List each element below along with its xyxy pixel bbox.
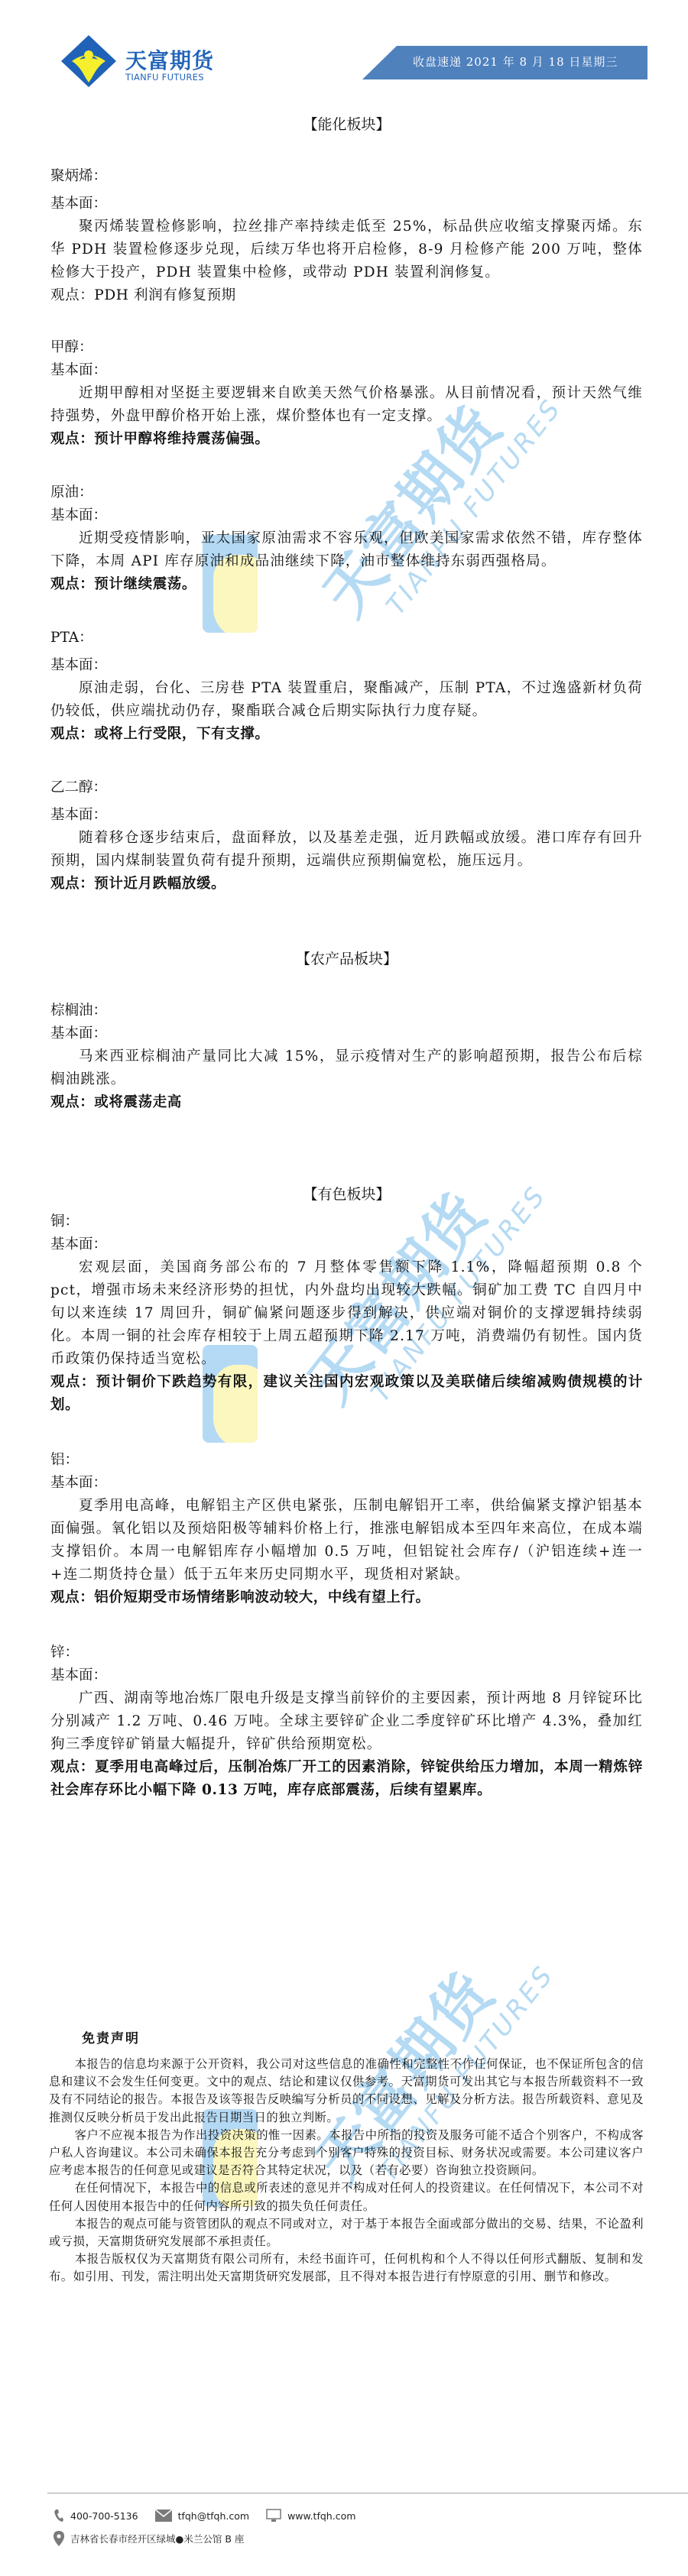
email-address[interactable]: tfqh@tfqh.com [178,2510,250,2522]
footer-email: tfqh@tfqh.com [155,2510,250,2522]
fundamental-text: 原油走弱，台化、三房巷 PTA 装置重启，聚酯减产，压制 PTA，不过逸盛新材负… [50,677,643,723]
disclaimer-paragraph: 本报告版权仅为天富期货有限公司所有，未经书面许可，任何机构和个人不得以任何形式翻… [49,2250,644,2286]
view-text: 观点：PDH 利润有修复预期 [50,284,643,307]
section-title-energy-chemical: 【能化板块】 [50,115,643,134]
website-url[interactable]: www.tfqh.com [287,2510,355,2522]
monitor-icon [266,2509,281,2523]
location-pin-icon [54,2531,64,2546]
item-name: 铝： [50,1449,643,1472]
view-text: 观点：预计继续震荡。 [50,573,643,596]
view-text: 观点：或将上行受限，下有支撑。 [50,723,643,746]
logo-english-name: TIANFU FUTURES [125,72,204,83]
fundamental-label: 基本面： [50,1472,643,1495]
view-text: 观点：预计铜价下跌趋势有限，建议关注国内宏观政策以及美联储后续缩减购债规模的计划… [50,1371,643,1417]
tianfu-diamond-logo-icon [60,34,118,89]
report-content: 【能化板块】 聚炳烯： 基本面： 聚丙烯装置检修影响，拉丝排产率持续走低至 25… [50,115,643,1802]
fundamental-label: 基本面： [50,1022,643,1045]
item-name: 乙二醇： [50,776,643,799]
section-title-nonferrous: 【有色板块】 [50,1184,643,1204]
item-ethylene-glycol: 乙二醇： 基本面： 随着移仓逐步结束后，盘面释放，以及基差走强，近月跌幅或放缓。… [50,776,643,896]
disclaimer-title: 免责声明 [82,2027,140,2046]
item-aluminum: 铝： 基本面： 夏季用电高峰，电解铝主产区供电紧张，压制电解铝开工率，供给偏紧支… [50,1449,643,1609]
footer-phone: 400-700-5136 [54,2509,138,2523]
fundamental-label: 基本面： [50,654,643,677]
fundamental-text: 近期受疫情影响，亚太国家原油需求不容乐观，但欧美国家需求依然不错，库存整体下降，… [50,527,643,573]
disclaimer-paragraph: 本报告的观点可能与资管团队的观点不同或对立，对于基于本报告全面或部分做出的交易、… [49,2215,644,2250]
company-logo: 天富期货 TIANFU FUTURES [60,34,228,89]
item-name: 铜： [50,1210,643,1233]
fundamental-text: 广西、湖南等地冶炼厂限电升级是支撑当前锌价的主要因素，预计两地 8 月锌锭环比分… [50,1687,643,1756]
item-methanol: 甲醇： 基本面： 近期甲醇相对坚挺主要逻辑来自欧美天然气价格暴涨。从目前情况看，… [50,336,643,451]
disclaimer-body: 本报告的信息均来源于公开资料，我公司对这些信息的准确性和完整性不作任何保证，也不… [49,2056,644,2286]
item-palm-oil: 棕榈油： 基本面： 马来西亚棕榈油产量同比大减 15%，显示疫情对生产的影响超预… [50,1000,643,1114]
fundamental-text: 聚丙烯装置检修影响，拉丝排产率持续走低至 25%，标品供应收缩支撑聚丙烯。东华 … [50,215,643,284]
item-polypropylene: 聚炳烯： 基本面： 聚丙烯装置检修影响，拉丝排产率持续走低至 25%，标品供应收… [50,165,643,307]
banner-date-text: 收盘速递 2021 年 8 月 18 日星期三 [413,53,618,70]
disclaimer-paragraph: 本报告的信息均来源于公开资料，我公司对这些信息的准确性和完整性不作任何保证，也不… [49,2056,644,2127]
fundamental-label: 基本面： [50,1664,643,1687]
envelope-icon [155,2510,172,2522]
fundamental-text: 宏观层面，美国商务部公布的 7 月整体零售额下降 1.1%，降幅超预期 0.8 … [50,1256,643,1371]
footer-website: www.tfqh.com [266,2509,355,2523]
disclaimer-paragraph: 客户不应视本报告为作出投资决策的惟一因素。本报告中所指的投资及服务可能不适合个别… [49,2127,644,2180]
fundamental-text: 随着移仓逐步结束后，盘面释放，以及基差走强，近月跌幅或放缓。港口库存有回升预期，… [50,827,643,873]
item-name: PTA： [50,627,643,650]
item-name: 甲醇： [50,336,643,359]
phone-icon [54,2509,64,2523]
phone-number: 400-700-5136 [70,2510,138,2522]
disclaimer-paragraph: 在任何情况下，本报告中的信息或所表述的意见并不构成对任何人的投资建议。在任何情况… [49,2179,644,2215]
item-crude-oil: 原油： 基本面： 近期受疫情影响，亚太国家原油需求不容乐观，但欧美国家需求依然不… [50,481,643,596]
date-banner: 收盘速递 2021 年 8 月 18 日星期三 [362,46,647,79]
contact-footer: 400-700-5136 tfqh@tfqh.com www.tfqh.com … [54,2506,372,2552]
fundamental-label: 基本面： [50,1233,643,1256]
fundamental-text: 夏季用电高峰，电解铝主产区供电紧张，压制电解铝开工率，供给偏紧支撑沪铝基本面偏强… [50,1495,643,1586]
item-name: 聚炳烯： [50,165,643,188]
item-copper: 铜： 基本面： 宏观层面，美国商务部公布的 7 月整体零售额下降 1.1%，降幅… [50,1210,643,1417]
view-text: 观点：预计近月跌幅放缓。 [50,873,643,896]
fundamental-label: 基本面： [50,193,643,215]
item-pta: PTA： 基本面： 原油走弱，台化、三房巷 PTA 装置重启，聚酯减产，压制 P… [50,627,643,746]
item-name: 锌： [50,1641,643,1664]
fundamental-label: 基本面： [50,804,643,827]
item-name: 棕榈油： [50,1000,643,1022]
footer-address: 吉林省长春市经开区绿城●米兰公馆 B 座 [54,2531,244,2546]
section-title-agricultural: 【农产品板块】 [50,949,643,969]
logo-chinese-name: 天富期货 [125,44,214,75]
footer-divider [47,2493,688,2493]
item-zinc: 锌： 基本面： 广西、湖南等地冶炼厂限电升级是支撑当前锌价的主要因素，预计两地 … [50,1641,643,1802]
fundamental-label: 基本面： [50,359,643,382]
fundamental-text: 马来西亚棕榈油产量同比大减 15%，显示疫情对生产的影响超预期，报告公布后棕榈油… [50,1045,643,1091]
report-header: 天富期货 TIANFU FUTURES 收盘速递 2021 年 8 月 18 日… [0,0,688,99]
fundamental-label: 基本面： [50,504,643,527]
fundamental-text: 近期甲醇相对坚挺主要逻辑来自欧美天然气价格暴涨。从目前情况看，预计天然气维持强势… [50,382,643,428]
view-text: 观点：铝价短期受市场情绪影响波动较大，中线有望上行。 [50,1586,643,1609]
view-text: 观点：夏季用电高峰过后，压制冶炼厂开工的因素消除，锌锭供给压力增加，本周一精炼锌… [50,1756,643,1802]
view-text: 观点：预计甲醇将维持震荡偏强。 [50,428,643,451]
address-text: 吉林省长春市经开区绿城●米兰公馆 B 座 [70,2532,244,2545]
item-name: 原油： [50,481,643,504]
view-text: 观点：或将震荡走高 [50,1091,643,1114]
